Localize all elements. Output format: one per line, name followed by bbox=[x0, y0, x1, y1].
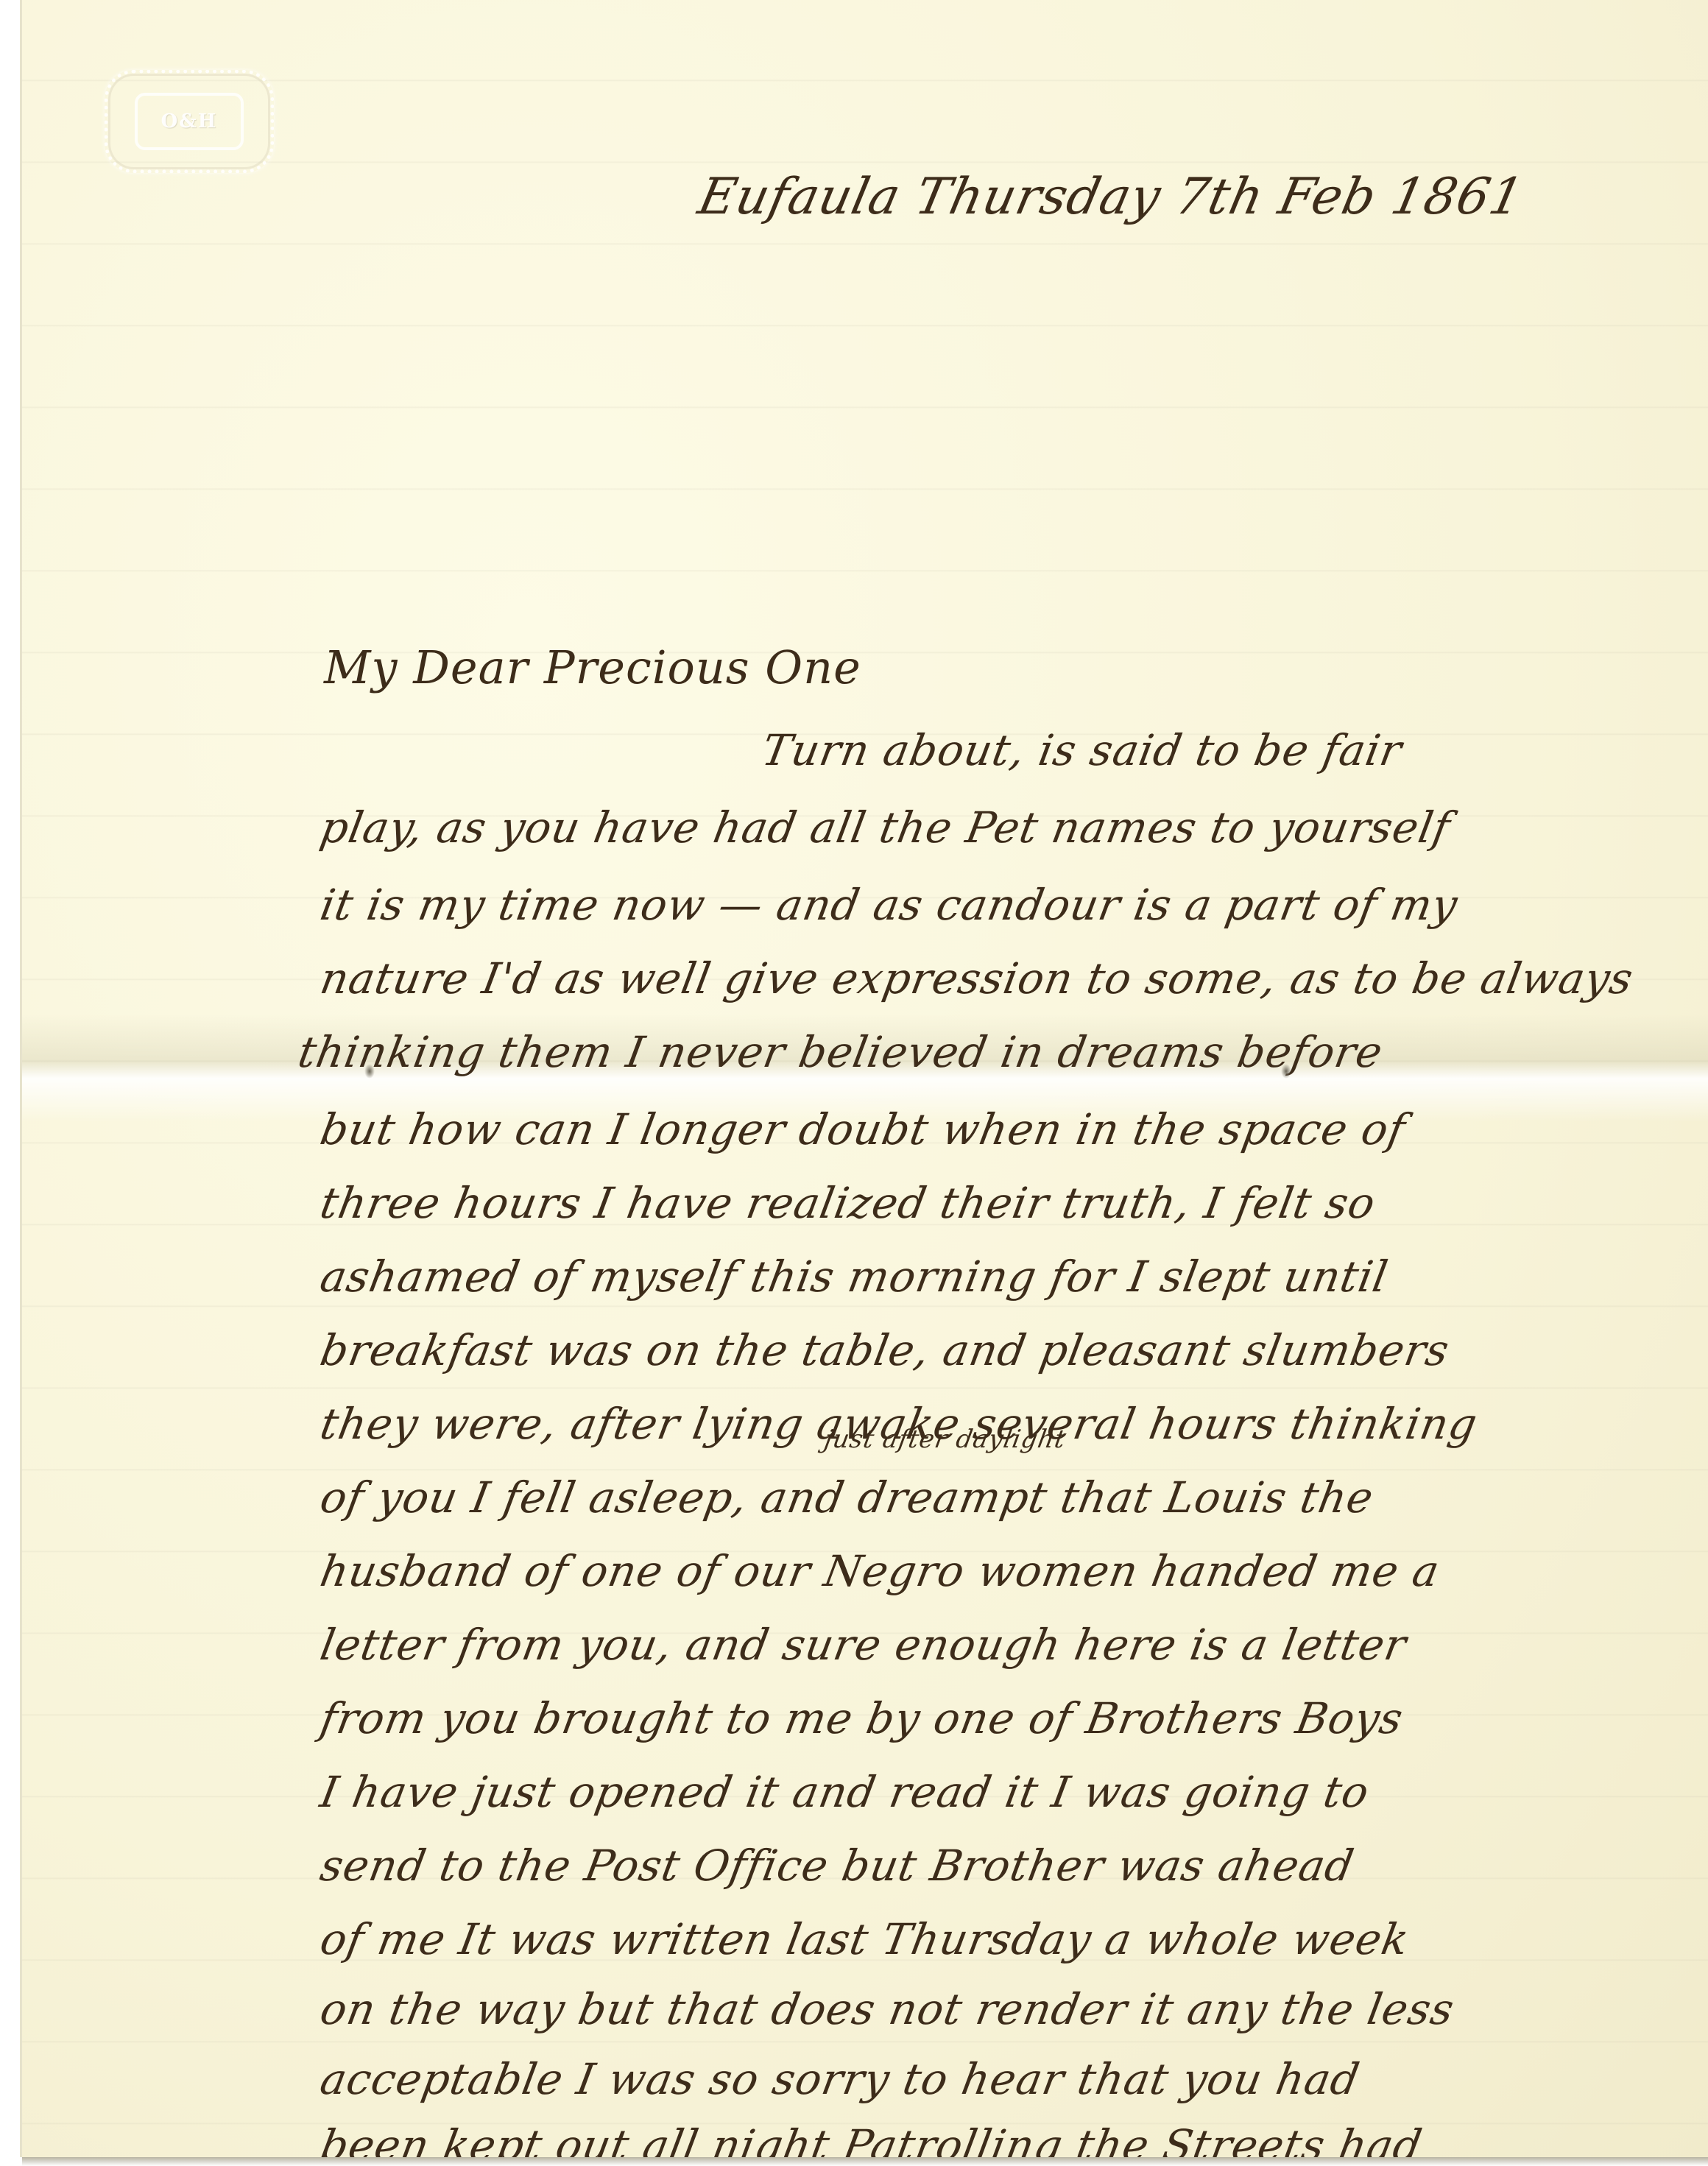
letter-line: on the way but that does not render it a… bbox=[317, 1984, 1458, 2034]
letter-line: been kept out all night Patrolling the S… bbox=[317, 2120, 1426, 2166]
letter-line: send to the Post Office but Brother was … bbox=[317, 1841, 1358, 1891]
letter-page: O&H Eufaula Thursday 7th Feb 1861 My Dea… bbox=[22, 0, 1708, 2157]
fold-crease-mark bbox=[1281, 1064, 1291, 1079]
dateline: Eufaula Thursday 7th Feb 1861 bbox=[694, 168, 1529, 226]
letter-line: thinking them I never believed in dreams… bbox=[294, 1027, 1387, 1077]
interlinear-insertion: just after daylight bbox=[822, 1425, 1067, 1454]
letter-line: of you I fell asleep, and dreampt that L… bbox=[317, 1472, 1377, 1523]
letter-line: from you brought to me by one of Brother… bbox=[317, 1693, 1407, 1743]
letter-line: of me It was written last Thursday a who… bbox=[317, 1914, 1413, 1964]
letter-line: acceptable I was so sorry to hear that y… bbox=[317, 2054, 1363, 2104]
letter-line: three hours I have realized their truth,… bbox=[317, 1178, 1380, 1228]
letter-line: it is my time now — and as candour is a … bbox=[317, 880, 1461, 930]
letter-line: letter from you, and sure enough here is… bbox=[317, 1620, 1411, 1670]
letter-line: but how can I longer doubt when in the s… bbox=[317, 1104, 1409, 1154]
letter-line: play, as you have had all the Pet names … bbox=[317, 802, 1454, 853]
letter-line: husband of one of our Negro women handed… bbox=[317, 1546, 1444, 1596]
letter-line: ashamed of myself this morning for I sle… bbox=[317, 1252, 1392, 1302]
embossed-stationer-stamp-icon: O&H bbox=[105, 70, 274, 173]
ruled-lines bbox=[22, 0, 1708, 2157]
emboss-monogram: O&H bbox=[135, 93, 244, 150]
letter-line: breakfast was on the table, and pleasant… bbox=[317, 1325, 1453, 1375]
letter-line: nature I'd as well give expression to so… bbox=[317, 953, 1637, 1003]
fold-crease-mark bbox=[364, 1064, 375, 1079]
letter-line: Turn about, is said to be fair bbox=[758, 725, 1406, 775]
salutation: My Dear Precious One bbox=[324, 641, 861, 694]
letter-line: I have just opened it and read it I was … bbox=[317, 1767, 1373, 1817]
